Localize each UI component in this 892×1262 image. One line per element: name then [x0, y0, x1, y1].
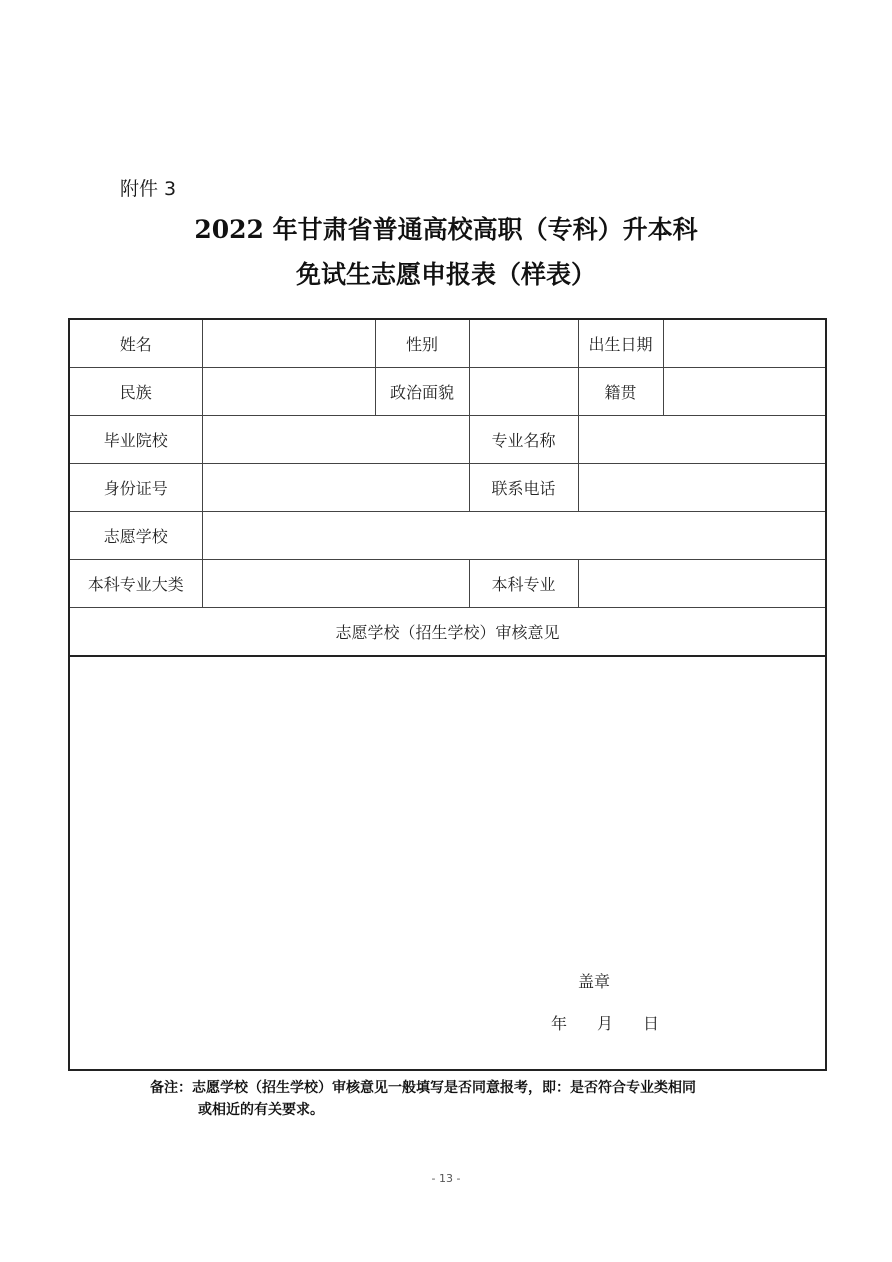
- undergrad-major-field[interactable]: [578, 560, 826, 608]
- id-number-field[interactable]: [202, 464, 469, 512]
- table-row: 本科专业大类 本科专业: [69, 560, 826, 608]
- target-school-field[interactable]: [202, 512, 826, 560]
- page-title-line1: 2022 年甘肃省普通高校高职（专科）升本科: [0, 210, 892, 246]
- gender-label: 性别: [375, 319, 469, 368]
- year-label: 年: [551, 1011, 567, 1034]
- ethnicity-label: 民族: [69, 368, 202, 416]
- graduated-school-field[interactable]: [202, 416, 469, 464]
- birth-date-field[interactable]: [663, 319, 826, 368]
- day-label: 日: [643, 1011, 659, 1034]
- phone-field[interactable]: [578, 464, 826, 512]
- name-field[interactable]: [202, 319, 375, 368]
- id-number-label: 身份证号: [69, 464, 202, 512]
- phone-label: 联系电话: [469, 464, 578, 512]
- native-place-label: 籍贯: [578, 368, 663, 416]
- review-opinion-area[interactable]: 盖章 年月日: [69, 656, 826, 1070]
- application-form-table: 姓名 性别 出生日期 民族 政治面貌 籍贯 毕业院校 专业名称 身份证号 联系电…: [68, 318, 827, 1071]
- remarks-note: 备注：志愿学校（招生学校）审核意见一般填写是否同意报考，即：是否符合专业类相同 …: [150, 1077, 696, 1121]
- undergrad-category-label: 本科专业大类: [69, 560, 202, 608]
- native-place-field[interactable]: [663, 368, 826, 416]
- major-name-label: 专业名称: [469, 416, 578, 464]
- undergrad-category-field[interactable]: [202, 560, 469, 608]
- target-school-label: 志愿学校: [69, 512, 202, 560]
- review-header: 志愿学校（招生学校）审核意见: [69, 608, 826, 657]
- remarks-line2: 或相近的有关要求。: [150, 1099, 696, 1121]
- remarks-line1: 备注：志愿学校（招生学校）审核意见一般填写是否同意报考，即：是否符合专业类相同: [150, 1077, 696, 1099]
- gender-field[interactable]: [469, 319, 578, 368]
- major-name-field[interactable]: [578, 416, 826, 464]
- table-row: 志愿学校（招生学校）审核意见: [69, 608, 826, 657]
- month-label: 月: [597, 1011, 613, 1034]
- table-row: 民族 政治面貌 籍贯: [69, 368, 826, 416]
- table-row: 志愿学校: [69, 512, 826, 560]
- attachment-label: 附件 3: [120, 174, 176, 201]
- ethnicity-field[interactable]: [202, 368, 375, 416]
- page-title-line2: 免试生志愿申报表（样表）: [0, 255, 892, 291]
- seal-label: 盖章: [578, 969, 610, 992]
- graduated-school-label: 毕业院校: [69, 416, 202, 464]
- birth-date-label: 出生日期: [578, 319, 663, 368]
- table-row: 姓名 性别 出生日期: [69, 319, 826, 368]
- table-row: 身份证号 联系电话: [69, 464, 826, 512]
- name-label: 姓名: [69, 319, 202, 368]
- review-date: 年月日: [551, 1011, 689, 1034]
- page-number: - 13 -: [0, 1172, 892, 1185]
- table-row: 毕业院校 专业名称: [69, 416, 826, 464]
- political-status-label: 政治面貌: [375, 368, 469, 416]
- political-status-field[interactable]: [469, 368, 578, 416]
- undergrad-major-label: 本科专业: [469, 560, 578, 608]
- table-row: 盖章 年月日: [69, 656, 826, 1070]
